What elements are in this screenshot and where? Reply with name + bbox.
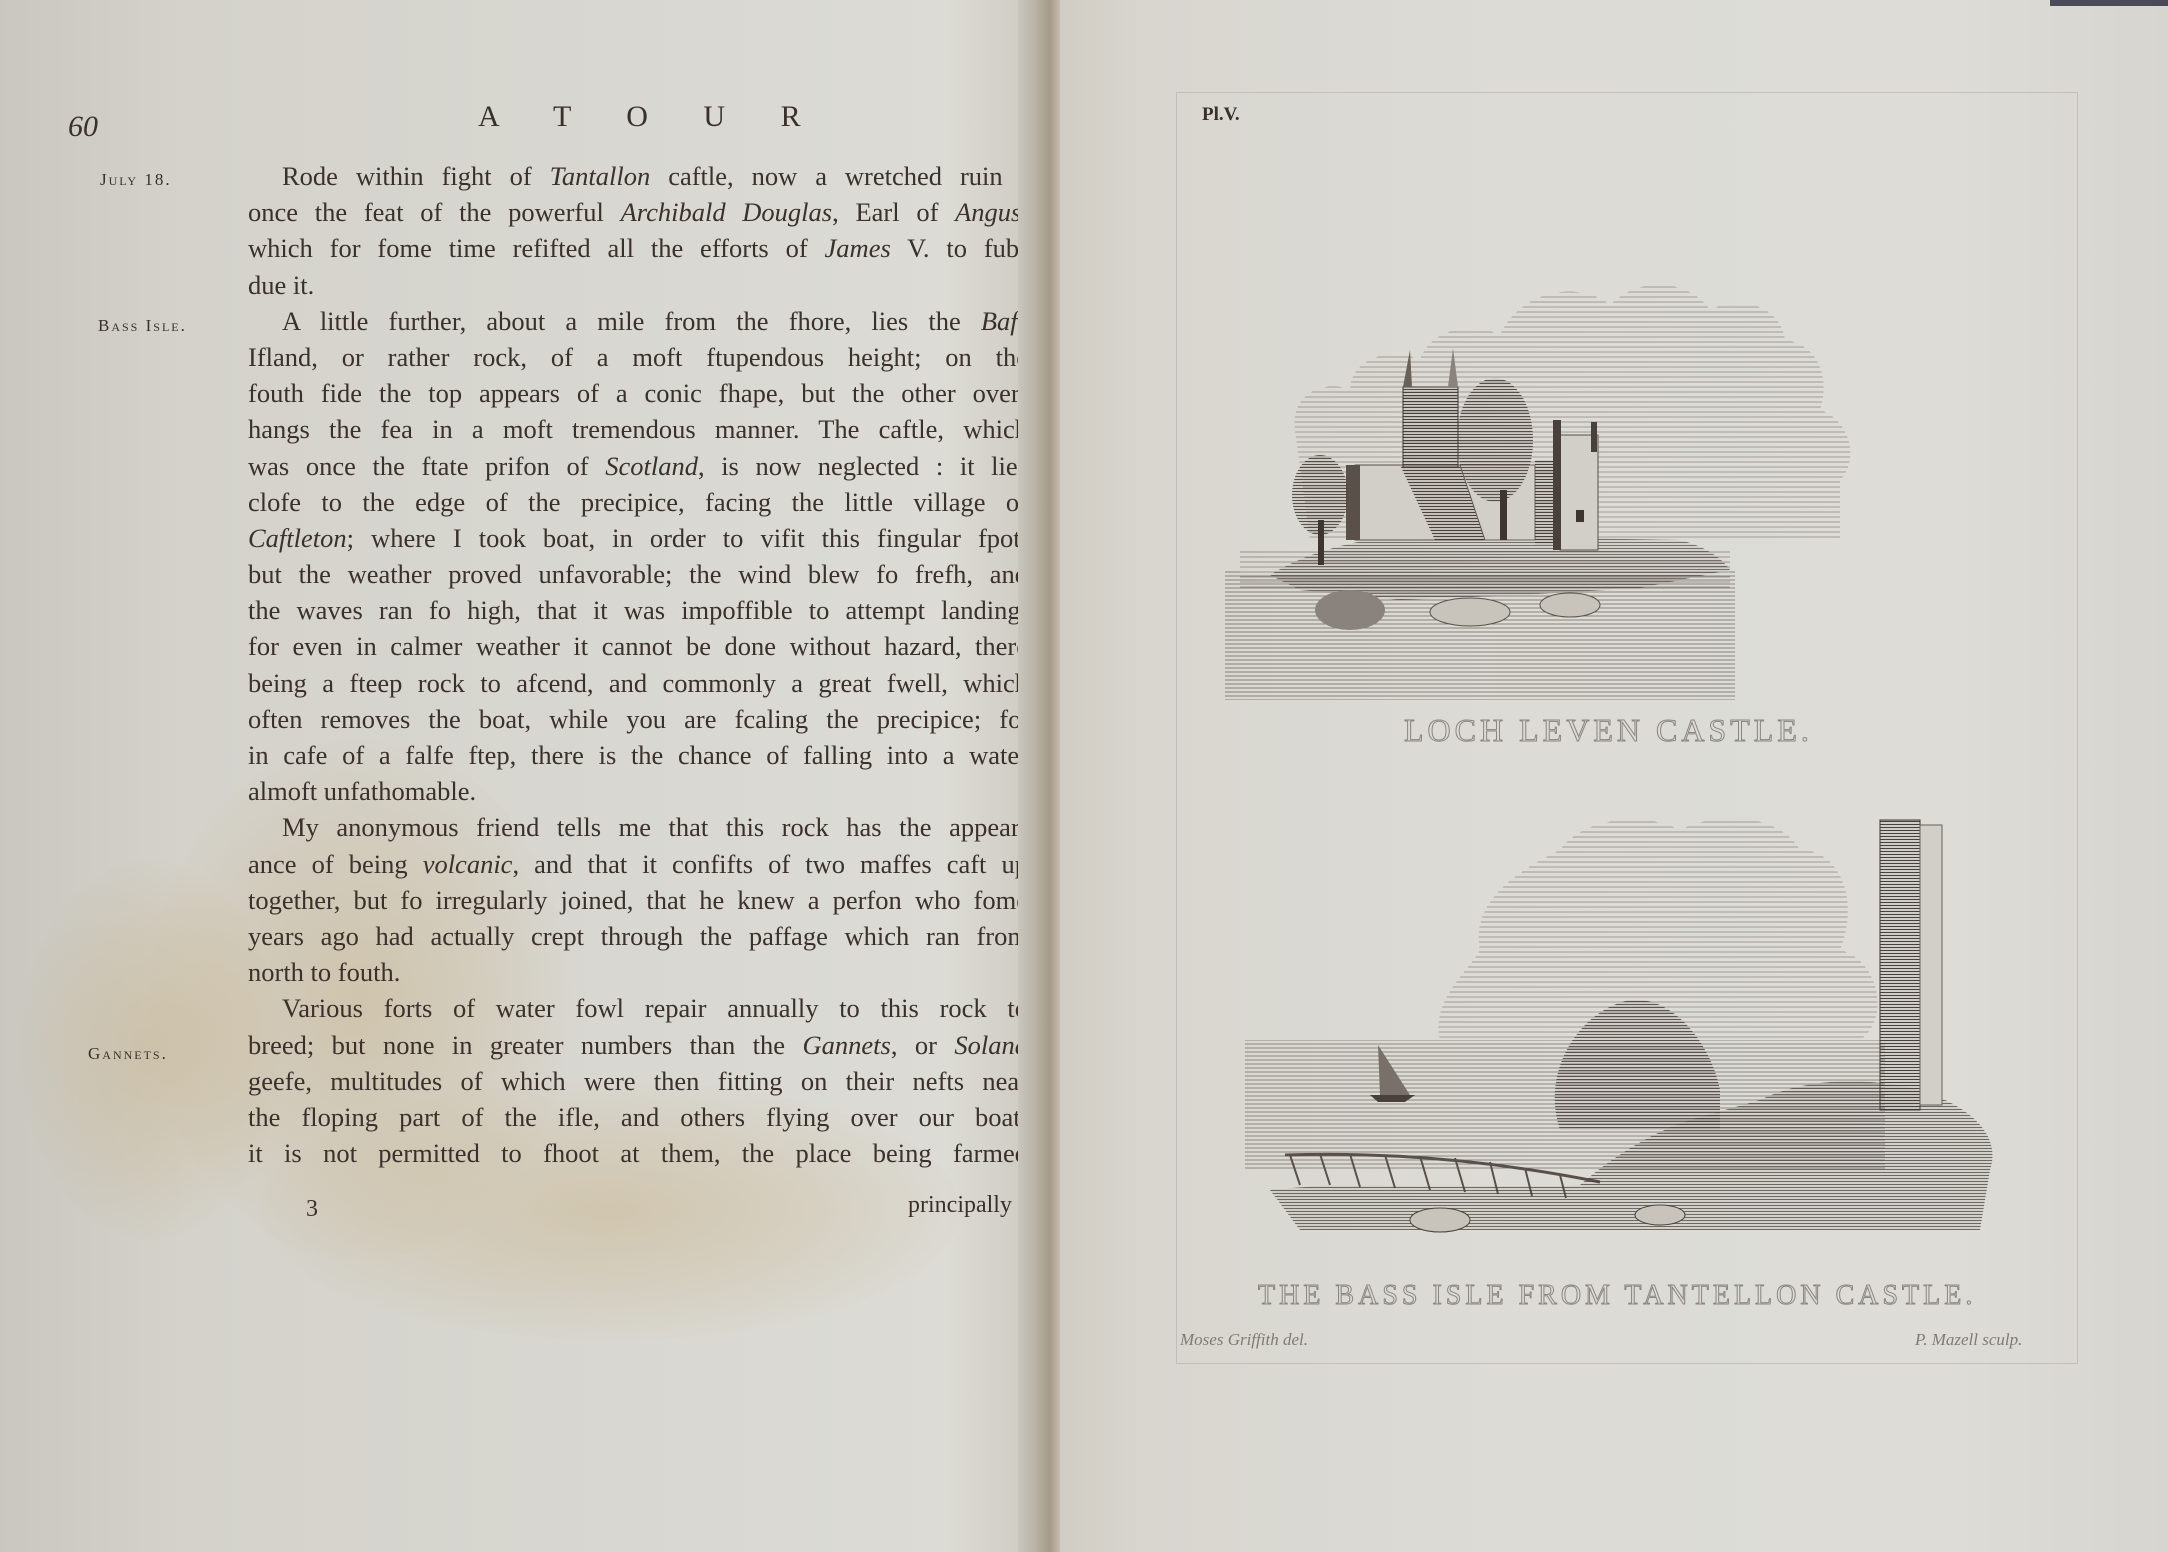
running-head-title: A T O U R bbox=[478, 100, 825, 134]
text-line: clofe to the edge of the precipice, faci… bbox=[248, 484, 1028, 520]
margin-note-bass-isle: Bass Isle. bbox=[98, 316, 187, 336]
italic-text: Soland bbox=[954, 1030, 1028, 1060]
text-line: Caftleton; where I took boat, in order t… bbox=[248, 520, 1028, 556]
text-line: Rode within fight of Tantallon caftle, n… bbox=[248, 158, 1028, 194]
left-page: 60 A T O U R July 18. Bass Isle. Gannets… bbox=[0, 0, 1028, 1552]
text-line: Various forts of water fowl repair annua… bbox=[248, 990, 1028, 1026]
bass-isle-engraving bbox=[1240, 790, 2060, 1240]
text-line: almoft unfathomable. bbox=[248, 773, 1028, 809]
margin-note-date: July 18. bbox=[100, 170, 172, 190]
text-line: hangs the fea in a moft tremendous manne… bbox=[248, 411, 1028, 447]
italic-text: Gannets bbox=[802, 1030, 890, 1060]
book-spread: 60 A T O U R July 18. Bass Isle. Gannets… bbox=[0, 0, 2168, 1552]
text-segment: V. to fub- bbox=[891, 233, 1028, 263]
text-segment: caftle, now a wretched ruin ; bbox=[650, 161, 1028, 191]
text-segment: ance of being bbox=[248, 849, 423, 879]
text-segment: being a fteep rock to afcend, and common… bbox=[248, 668, 1028, 698]
text-line: in cafe of a falfe ftep, there is the ch… bbox=[248, 737, 1028, 773]
text-line: together, but fo irregularly joined, tha… bbox=[248, 882, 1028, 918]
text-segment: My anonymous friend tells me that this r… bbox=[282, 812, 1028, 842]
body-text: Rode within fight of Tantallon caftle, n… bbox=[248, 158, 1028, 1171]
text-line: ance of being volcanic, and that it conf… bbox=[248, 846, 1028, 882]
text-line: fouth fide the top appears of a conic fh… bbox=[248, 375, 1028, 411]
text-segment: hangs the fea in a moft tremendous manne… bbox=[248, 414, 1028, 444]
text-segment: the waves ran fo high, that it was impof… bbox=[248, 595, 1028, 625]
plate-label: Pl.V. bbox=[1202, 104, 1240, 126]
text-line: the waves ran fo high, that it was impof… bbox=[248, 592, 1028, 628]
text-segment: was once the ftate prifon of bbox=[248, 451, 605, 481]
text-line: My anonymous friend tells me that this r… bbox=[248, 809, 1028, 845]
text-line: often removes the boat, while you are fc… bbox=[248, 701, 1028, 737]
text-segment: , is now neglected : it lies bbox=[698, 451, 1028, 481]
text-segment: but the weather proved unfavorable; the … bbox=[248, 559, 1028, 589]
text-line: the floping part of the ifle, and others… bbox=[248, 1099, 1028, 1135]
italic-text: Caftleton bbox=[248, 523, 347, 553]
italic-text: volcanic bbox=[423, 849, 513, 879]
margin-note-gannets: Gannets. bbox=[88, 1044, 168, 1064]
text-segment: Ifland, or rather rock, of a moft ftupen… bbox=[248, 342, 1028, 372]
text-segment: breed; but none in greater numbers than … bbox=[248, 1030, 802, 1060]
text-segment: , or bbox=[891, 1030, 955, 1060]
text-segment: years ago had actually crept through the… bbox=[248, 921, 1028, 951]
text-line: for even in calmer weather it cannot be … bbox=[248, 628, 1028, 664]
text-line: breed; but none in greater numbers than … bbox=[248, 1027, 1028, 1063]
text-line: was once the ftate prifon of Scotland, i… bbox=[248, 448, 1028, 484]
text-line: geefe, multitudes of which were then fit… bbox=[248, 1063, 1028, 1099]
text-segment: together, but fo irregularly joined, tha… bbox=[248, 885, 1028, 915]
signature-mark: 3 bbox=[306, 1196, 318, 1223]
plate-caption-loch-leven: LOCH LEVEN CASTLE. bbox=[1404, 712, 1813, 749]
page-number: 60 bbox=[68, 110, 98, 144]
loch-leven-castle-engraving bbox=[1220, 250, 2060, 700]
text-segment: clofe to the edge of the precipice, faci… bbox=[248, 487, 1028, 517]
text-line: but the weather proved unfavorable; the … bbox=[248, 556, 1028, 592]
italic-text: James bbox=[825, 233, 891, 263]
text-segment: once the feat of the powerful bbox=[248, 197, 621, 227]
artist-credit: Moses Griffith del. bbox=[1180, 1330, 1308, 1350]
text-line: A little further, about a mile from the … bbox=[248, 303, 1028, 339]
text-line: being a fteep rock to afcend, and common… bbox=[248, 665, 1028, 701]
italic-text: Tantallon bbox=[550, 161, 651, 191]
plate-caption-bass-isle: THE BASS ISLE FROM TANTELLON CASTLE. bbox=[1258, 1280, 1976, 1312]
text-segment: due it. bbox=[248, 270, 314, 300]
text-line: which for fome time refifted all the eff… bbox=[248, 230, 1028, 266]
text-line: Ifland, or rather rock, of a moft ftupen… bbox=[248, 339, 1028, 375]
engraver-credit: P. Mazell sculp. bbox=[1915, 1330, 2022, 1350]
text-segment: , and that it confifts of two maffes caf… bbox=[512, 849, 1028, 879]
italic-text: Angus bbox=[955, 197, 1021, 227]
text-segment: it is not permitted to fhoot at them, th… bbox=[248, 1138, 1028, 1168]
text-segment: often removes the boat, while you are fc… bbox=[248, 704, 1028, 734]
text-segment: Various forts of water fowl repair annua… bbox=[282, 993, 1028, 1023]
text-segment: the floping part of the ifle, and others… bbox=[248, 1102, 1028, 1132]
running-head: 60 A T O U R bbox=[68, 100, 1028, 150]
text-segment: , Earl of bbox=[832, 197, 955, 227]
catchword: principally bbox=[908, 1192, 1012, 1219]
text-line: due it. bbox=[248, 267, 1028, 303]
text-segment: geefe, multitudes of which were then fit… bbox=[248, 1066, 1028, 1096]
text-segment: for even in calmer weather it cannot be … bbox=[248, 631, 1028, 661]
text-line: years ago had actually crept through the… bbox=[248, 918, 1028, 954]
text-segment: fouth fide the top appears of a conic fh… bbox=[248, 378, 1028, 408]
text-segment: A little further, about a mile from the … bbox=[282, 306, 981, 336]
text-line: it is not permitted to fhoot at them, th… bbox=[248, 1135, 1028, 1171]
text-segment: Rode within fight of bbox=[282, 161, 550, 191]
italic-text: Scotland bbox=[605, 451, 698, 481]
italic-text: Archibald Douglas bbox=[621, 197, 833, 227]
background-edge bbox=[2050, 0, 2168, 6]
text-segment: ; where I took boat, in order to vifit t… bbox=[347, 523, 1028, 553]
text-line: north to fouth. bbox=[248, 954, 1028, 990]
text-line: once the feat of the powerful Archibald … bbox=[248, 194, 1028, 230]
text-segment: which for fome time refifted all the eff… bbox=[248, 233, 825, 263]
text-segment: almoft unfathomable. bbox=[248, 776, 476, 806]
text-segment: in cafe of a falfe ftep, there is the ch… bbox=[248, 740, 1028, 770]
text-segment: north to fouth. bbox=[248, 957, 400, 987]
